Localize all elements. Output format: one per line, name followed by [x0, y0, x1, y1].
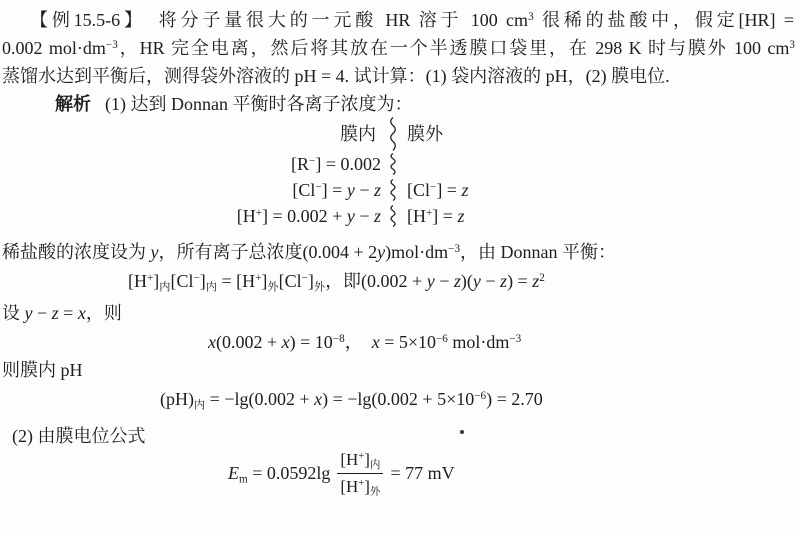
fraction-denominator: [H+]外 [337, 474, 383, 497]
membrane-divider [384, 205, 402, 227]
solution-label: 解析 [55, 94, 91, 114]
part2-heading: (2) 由膜电位公式 [12, 423, 146, 449]
wavy-brace-icon [388, 179, 398, 201]
solve-equation: x(0.002 + x) = 10−8， x = 5×10−6 mol·dm−3 [208, 329, 521, 355]
textbook-page: 【例15.5-6】 将分子量很大的一元酸 HR 溶于 100 cm3 很稀的盐酸… [0, 0, 800, 534]
ink-speck [460, 430, 464, 434]
problem-statement-line-1: 【例15.5-6】 将分子量很大的一元酸 HR 溶于 100 cm3 很稀的盐酸… [30, 7, 794, 33]
ph-inside-line: 则膜内 pH [2, 357, 83, 383]
membrane-divider [384, 179, 402, 201]
membrane-potential-equation: Em = 0.0592lg [H+]内 [H+]外 = 77 mV [228, 450, 455, 497]
membrane-inside-header: 膜内 [0, 122, 384, 146]
solution-intro: (1) 达到 Donnan 平衡时各离子浓度为： [105, 94, 412, 114]
concentration-row: [Cl−] = y − z [Cl−] = z [0, 178, 468, 202]
equation-lead: Em = 0.0592lg [228, 463, 330, 484]
outside-concentration: [Cl−] = z [402, 178, 468, 202]
equilibrium-equation: [H+]内[Cl−]内 = [H+]外[Cl−]外，即(0.002 + y − … [128, 268, 545, 294]
inside-concentration: [R−] = 0.002 [0, 152, 384, 176]
membrane-divider [384, 153, 402, 175]
problem-statement-line-2: 0.002 mol·dm−3，HR 完全电离，然后将其放在一个半透膜口袋里，在 … [2, 35, 795, 61]
membrane-table-header: 膜内 膜外 [0, 116, 443, 152]
donnan-paragraph: 稀盐酸的浓度设为 y，所有离子总浓度(0.004 + 2y)mol·dm−3，由… [2, 239, 616, 265]
concentration-row: [H+] = 0.002 + y − z [H+] = z [0, 204, 464, 228]
wavy-brace-tall-icon [388, 117, 398, 151]
fraction: [H+]内 [H+]外 [337, 450, 383, 497]
solution-heading: 解析(1) 达到 Donnan 平衡时各离子浓度为： [55, 91, 412, 117]
substitution-line: 设 y − z = x，则 [2, 300, 122, 326]
membrane-divider [384, 117, 402, 151]
ph-equation: (pH)内 = −lg(0.002 + x) = −lg(0.002 + 5×1… [160, 386, 543, 412]
fraction-numerator: [H+]内 [337, 450, 383, 474]
wavy-brace-icon [388, 205, 398, 227]
problem-statement-line-3: 蒸馏水达到平衡后，测得袋外溶液的 pH = 4. 试计算：(1) 袋内溶液的 p… [2, 63, 670, 89]
inside-concentration: [H+] = 0.002 + y − z [0, 204, 384, 228]
outside-concentration: [H+] = z [402, 204, 464, 228]
inside-concentration: [Cl−] = y − z [0, 178, 384, 202]
equation-result: = 77 mV [390, 463, 454, 484]
concentration-row: [R−] = 0.002 [0, 152, 407, 176]
membrane-outside-header: 膜外 [402, 122, 443, 146]
wavy-brace-icon [388, 153, 398, 175]
